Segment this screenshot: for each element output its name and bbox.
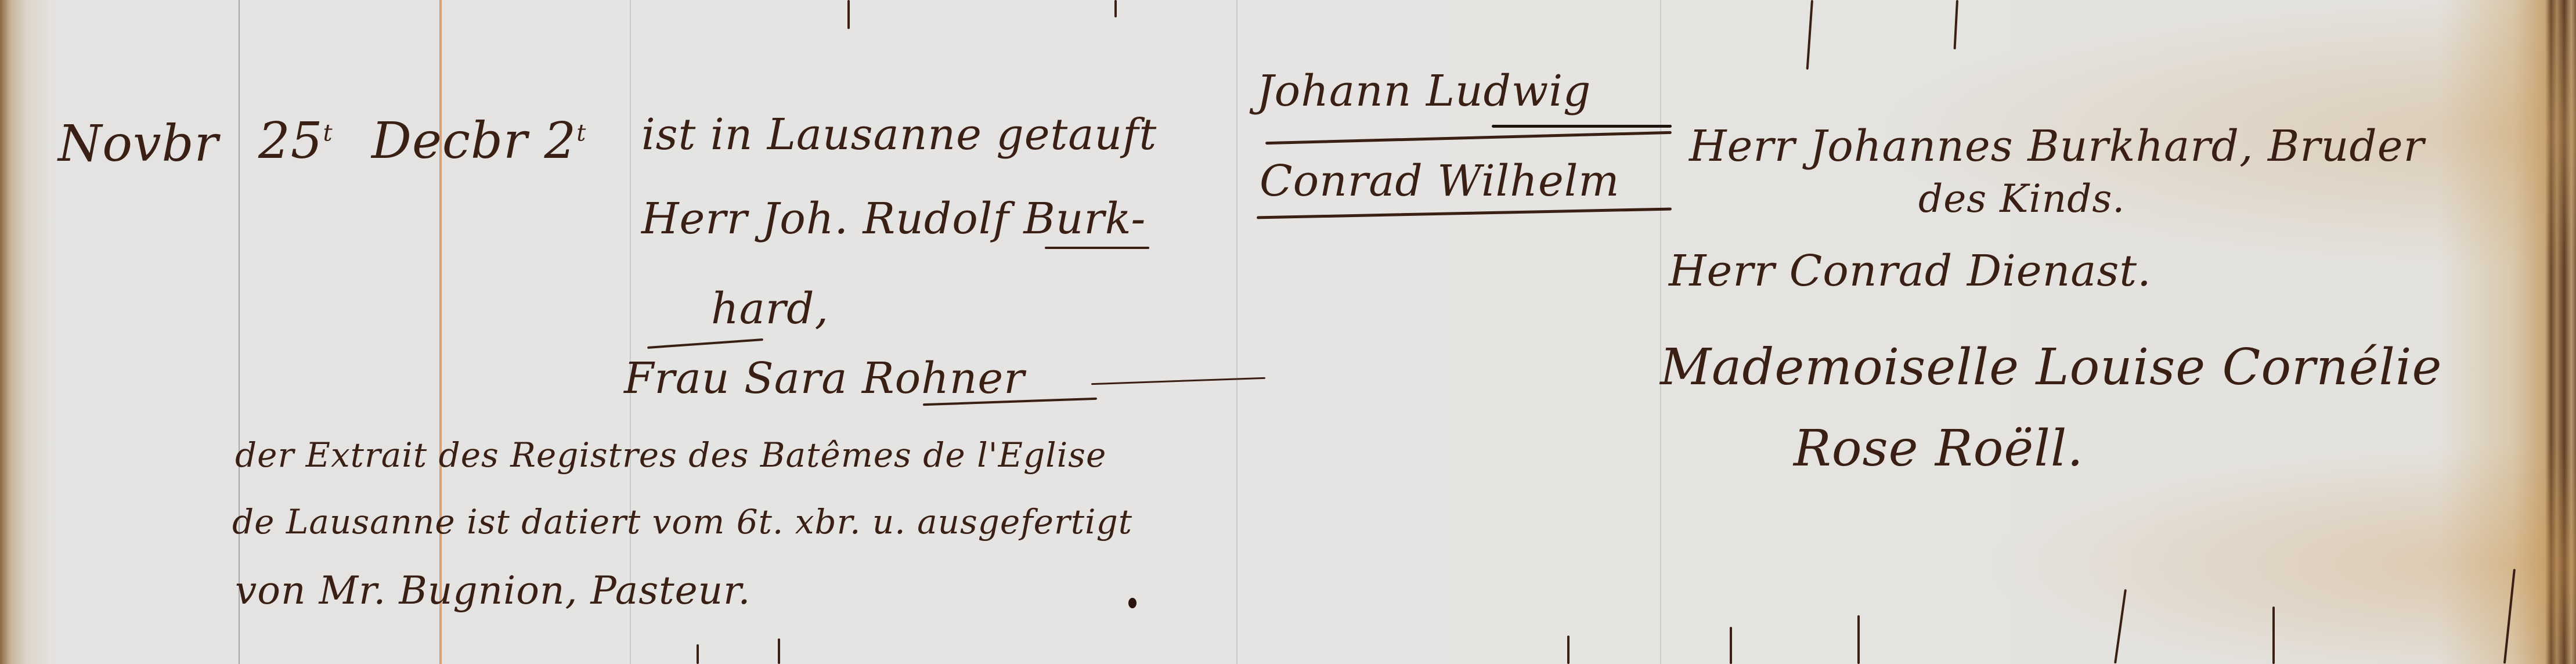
godparent-line5: Rose Roëll. bbox=[1794, 424, 2084, 474]
next-entry-ascender bbox=[1857, 615, 1860, 664]
child-name-underline bbox=[1492, 125, 1672, 128]
extract-note-line3: von Mr. Bugnion, Pasteur. bbox=[235, 572, 751, 610]
prev-entry-descender bbox=[1806, 0, 1813, 70]
father-line1: Herr Joh. Rudolf Burk- bbox=[641, 197, 1146, 240]
extract-note-line2: de Lausanne ist datiert vom 6t. xbr. u. … bbox=[232, 505, 1132, 539]
child-name-line2: Conrad Wilhelm bbox=[1260, 160, 1620, 203]
godparent-line3: Herr Conrad Dienast. bbox=[1669, 250, 2152, 293]
prev-entry-descender bbox=[1114, 0, 1117, 17]
surname-underline bbox=[647, 338, 763, 349]
next-entry-ascender bbox=[2503, 569, 2516, 664]
next-entry-ascender bbox=[1730, 627, 1732, 664]
surname-flourish bbox=[1091, 377, 1265, 385]
column-rule-margin bbox=[439, 0, 442, 664]
child-name-line1: Johann Ludwig bbox=[1257, 70, 1591, 113]
child-name-underline bbox=[1257, 208, 1672, 219]
godparent-line4: Mademoiselle Louise Cornélie bbox=[1660, 342, 2442, 392]
column-rule-4 bbox=[1660, 0, 1661, 664]
baptism-place-line: ist in Lausanne getauft bbox=[641, 113, 1157, 156]
next-entry-ascender bbox=[697, 644, 699, 664]
next-entry-ascender bbox=[778, 638, 780, 664]
baptism-date: Decbr 2t bbox=[371, 116, 586, 166]
extract-note-line1: der Extrait des Registres des Batêmes de… bbox=[235, 438, 1106, 472]
next-entry-ascender bbox=[1567, 636, 1570, 664]
register-page: Novbr 25t Decbr 2t ist in Lausanne getau… bbox=[0, 0, 2576, 664]
surname-underline bbox=[1045, 247, 1149, 249]
prev-entry-descender bbox=[1954, 0, 1958, 49]
mother-name: Frau Sara Rohner bbox=[624, 357, 1025, 400]
godparent-line2: des Kinds. bbox=[1918, 180, 2125, 218]
godparent-line1: Herr Johannes Burkhard, Bruder bbox=[1689, 125, 2425, 168]
father-line2: hard, bbox=[711, 287, 829, 330]
column-rule-1 bbox=[239, 0, 240, 664]
child-name-underline bbox=[1265, 131, 1672, 145]
next-entry-ascender bbox=[2114, 589, 2127, 663]
next-entry-ascender bbox=[2272, 607, 2275, 664]
column-rule-2 bbox=[630, 0, 631, 664]
prev-entry-descender bbox=[847, 0, 850, 29]
birth-day: 25t bbox=[258, 116, 333, 166]
ink-dot bbox=[1128, 598, 1137, 608]
column-rule-3 bbox=[1236, 0, 1238, 664]
birth-month: Novbr bbox=[58, 119, 219, 169]
